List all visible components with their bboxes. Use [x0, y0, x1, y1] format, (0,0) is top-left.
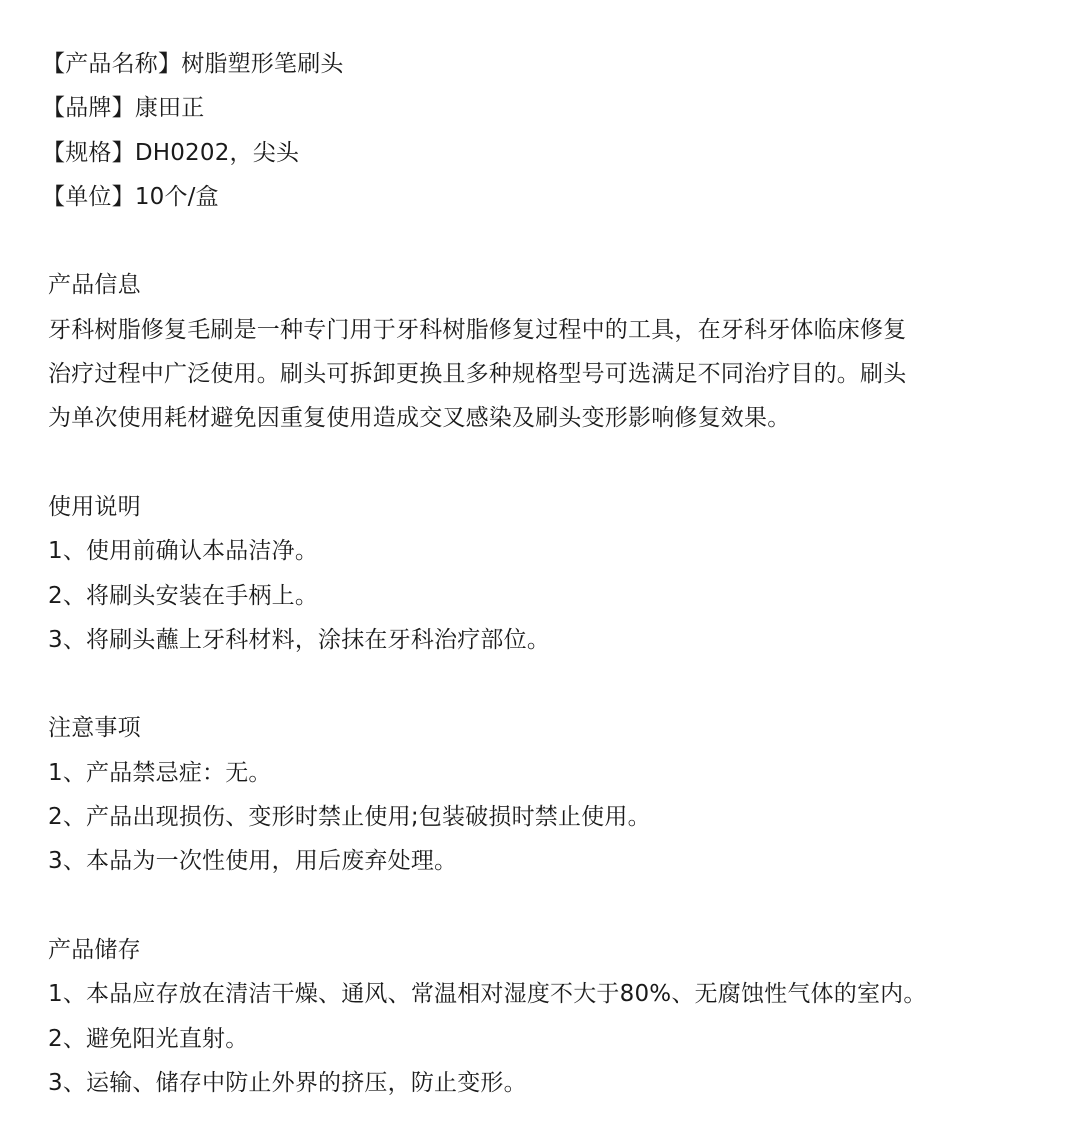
spec-product-name: 【产品名称】树脂塑形笔刷头 — [42, 42, 1080, 86]
list-item: 3、本品为一次性使用，用后废弃处理。 — [48, 839, 1080, 883]
list-item: 2、将刷头安装在手柄上。 — [48, 574, 1080, 618]
paragraph-line: 为单次使用耗材避免因重复使用造成交叉感染及刷头变形影响修复效果。 — [48, 396, 1080, 440]
spacer — [48, 662, 1080, 706]
paragraph-line: 牙科树脂修复毛刷是一种专门用于牙科树脂修复过程中的工具，在牙科牙体临床修复 — [48, 308, 1080, 352]
list-item: 3、运输、储存中防止外界的挤压，防止变形。 — [48, 1061, 1080, 1105]
spacer — [48, 219, 1080, 263]
section-usage-instructions: 使用说明 1、使用前确认本品洁净。 2、将刷头安装在手柄上。 3、将刷头蘸上牙科… — [48, 485, 1080, 662]
section-title: 产品信息 — [48, 263, 1080, 307]
list-item: 1、本品应存放在清洁干燥、通风、常温相对湿度不大于80%、无腐蚀性气体的室内。 — [48, 972, 1080, 1016]
list-item: 1、产品禁忌症：无。 — [48, 751, 1080, 795]
spec-label: 【品牌】 — [42, 95, 135, 121]
section-product-info: 产品信息 牙科树脂修复毛刷是一种专门用于牙科树脂修复过程中的工具，在牙科牙体临床… — [48, 263, 1080, 440]
product-document: 【产品名称】树脂塑形笔刷头 【品牌】康田正 【规格】DH0202，尖头 【单位】… — [0, 0, 1080, 1105]
spec-value: 10个/盒 — [135, 184, 219, 210]
spacer — [48, 441, 1080, 485]
spec-value: 树脂塑形笔刷头 — [181, 51, 343, 77]
paragraph-line: 治疗过程中广泛使用。刷头可拆卸更换且多种规格型号可选满足不同治疗目的。刷头 — [48, 352, 1080, 396]
list-item: 2、产品出现损伤、变形时禁止使用;包装破损时禁止使用。 — [48, 795, 1080, 839]
list-item: 2、避免阳光直射。 — [48, 1017, 1080, 1061]
section-title: 注意事项 — [48, 706, 1080, 750]
section-storage: 产品储存 1、本品应存放在清洁干燥、通风、常温相对湿度不大于80%、无腐蚀性气体… — [48, 928, 1080, 1105]
list-item: 1、使用前确认本品洁净。 — [48, 529, 1080, 573]
section-precautions: 注意事项 1、产品禁忌症：无。 2、产品出现损伤、变形时禁止使用;包装破损时禁止… — [48, 706, 1080, 883]
section-title: 使用说明 — [48, 485, 1080, 529]
spec-value: DH0202，尖头 — [135, 140, 299, 166]
spec-value: 康田正 — [135, 95, 205, 121]
spacer — [48, 884, 1080, 928]
spec-label: 【产品名称】 — [42, 51, 181, 77]
spec-label: 【单位】 — [42, 184, 135, 210]
spec-block: 【产品名称】树脂塑形笔刷头 【品牌】康田正 【规格】DH0202，尖头 【单位】… — [48, 42, 1080, 219]
section-title: 产品储存 — [48, 928, 1080, 972]
spec-model: 【规格】DH0202，尖头 — [42, 131, 1080, 175]
list-item: 3、将刷头蘸上牙科材料，涂抹在牙科治疗部位。 — [48, 618, 1080, 662]
spec-unit: 【单位】10个/盒 — [42, 175, 1080, 219]
spec-brand: 【品牌】康田正 — [42, 86, 1080, 130]
spec-label: 【规格】 — [42, 140, 135, 166]
